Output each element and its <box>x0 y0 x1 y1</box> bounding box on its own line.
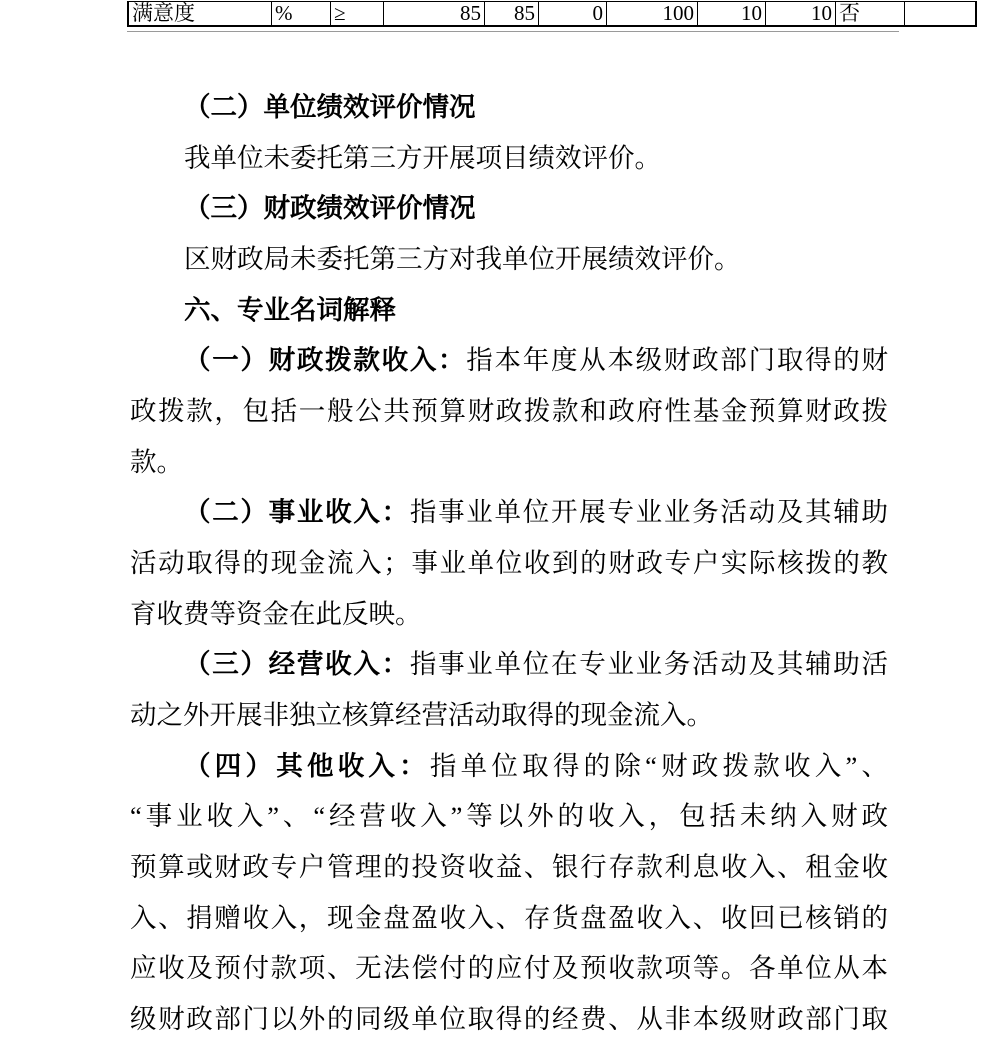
text-segment: （一）财政拨款收入： <box>184 345 466 375</box>
doc-line: （二）事业收入：指事业单位开展专业业务活动及其辅助 <box>130 487 888 538</box>
doc-line: 动之外开展非独立核算经营活动取得的现金流入。 <box>130 690 888 741</box>
text-segment: 区财政局未委托第三方对我单位开展绩效评价。 <box>184 244 741 274</box>
text-segment: 级财政部门以外的同级单位取得的经费、从非本级财政部门取 <box>130 1004 888 1034</box>
table-cell: 满意度 <box>128 2 272 27</box>
doc-line: 款。 <box>130 437 888 488</box>
table-cell: % <box>272 2 331 27</box>
table-cell: 10 <box>766 2 836 27</box>
text-segment: （二）事业收入： <box>184 497 410 527</box>
table-cell: 否 <box>836 2 905 27</box>
text-segment: （二）单位绩效评价情况 <box>184 92 476 122</box>
doc-line: （四）其他收入：指单位取得的除“财政拨款收入”、 <box>130 741 888 792</box>
doc-line: （三）经营收入：指事业单位在专业业务活动及其辅助活 <box>130 639 888 690</box>
document-body: （二）单位绩效评价情况我单位未委托第三方开展项目绩效评价。（三）财政绩效评价情况… <box>130 82 888 1045</box>
table-bottom-shadow <box>127 31 899 32</box>
table-cell <box>905 2 977 27</box>
section-heading: （二）单位绩效评价情况 <box>130 82 888 133</box>
text-segment: 应收及预付款项、无法偿付的应付及预收款项等。各单位从本 <box>130 953 888 983</box>
table-cell: 85 <box>384 2 485 27</box>
text-segment: 入、捐赠收入，现金盘盈收入、存货盘盈收入、收回已核销的 <box>130 903 888 933</box>
doc-line: 应收及预付款项、无法偿付的应付及预收款项等。各单位从本 <box>130 943 888 994</box>
text-segment: 活动取得的现金流入；事业单位收到的财政专户实际核拨的教 <box>130 548 888 578</box>
doc-line: 活动取得的现金流入；事业单位收到的财政专户实际核拨的教 <box>130 538 888 589</box>
table-cell: 100 <box>607 2 698 27</box>
metrics-table: 满意度%≥858501001010否 <box>127 1 977 27</box>
table-cell: 10 <box>698 2 766 27</box>
text-segment: （四）其他收入： <box>184 751 430 781</box>
doc-line: （一）财政拨款收入：指本年度从本级财政部门取得的财 <box>130 335 888 386</box>
text-segment: 款。 <box>130 447 183 477</box>
doc-line: 我单位未委托第三方开展项目绩效评价。 <box>130 133 888 184</box>
text-segment: 育收费等资金在此反映。 <box>130 599 422 629</box>
text-segment: 政拨款，包括一般公共预算财政拨款和政府性基金预算财政拨 <box>130 396 888 426</box>
text-segment: （三）经营收入： <box>184 649 410 679</box>
text-segment: （三）财政绩效评价情况 <box>184 193 476 223</box>
table-row: 满意度%≥858501001010否 <box>128 2 976 27</box>
text-segment: “事业收入”、“经营收入”等以外的收入，包括未纳入财政 <box>130 801 888 831</box>
text-segment: 指本年度从本级财政部门取得的财 <box>466 345 888 375</box>
table-cell: 85 <box>485 2 539 27</box>
doc-line: 育收费等资金在此反映。 <box>130 589 888 640</box>
table-cell: ≥ <box>331 2 384 27</box>
table-cell: 0 <box>539 2 607 27</box>
doc-line: 入、捐赠收入，现金盘盈收入、存货盘盈收入、收回已核销的 <box>130 893 888 944</box>
doc-line: 区财政局未委托第三方对我单位开展绩效评价。 <box>130 234 888 285</box>
doc-line: “事业收入”、“经营收入”等以外的收入，包括未纳入财政 <box>130 791 888 842</box>
text-segment: 指单位取得的除“财政拨款收入”、 <box>430 751 888 781</box>
doc-line: 级财政部门以外的同级单位取得的经费、从非本级财政部门取 <box>130 994 888 1045</box>
section-heading: 六、专业名词解释 <box>130 285 888 336</box>
text-segment: 指事业单位在专业业务活动及其辅助活 <box>410 649 888 679</box>
text-segment: 预算或财政专户管理的投资收益、银行存款利息收入、租金收 <box>130 852 888 882</box>
text-segment: 六、专业名词解释 <box>184 295 396 325</box>
text-segment: 动之外开展非独立核算经营活动取得的现金流入。 <box>130 700 713 730</box>
doc-line: 政拨款，包括一般公共预算财政拨款和政府性基金预算财政拨 <box>130 386 888 437</box>
text-segment: 指事业单位开展专业业务活动及其辅助 <box>410 497 888 527</box>
section-heading: （三）财政绩效评价情况 <box>130 183 888 234</box>
document-page: 满意度%≥858501001010否 （二）单位绩效评价情况我单位未委托第三方开… <box>0 0 1000 1045</box>
doc-line: 预算或财政专户管理的投资收益、银行存款利息收入、租金收 <box>130 842 888 893</box>
text-segment: 我单位未委托第三方开展项目绩效评价。 <box>184 143 661 173</box>
